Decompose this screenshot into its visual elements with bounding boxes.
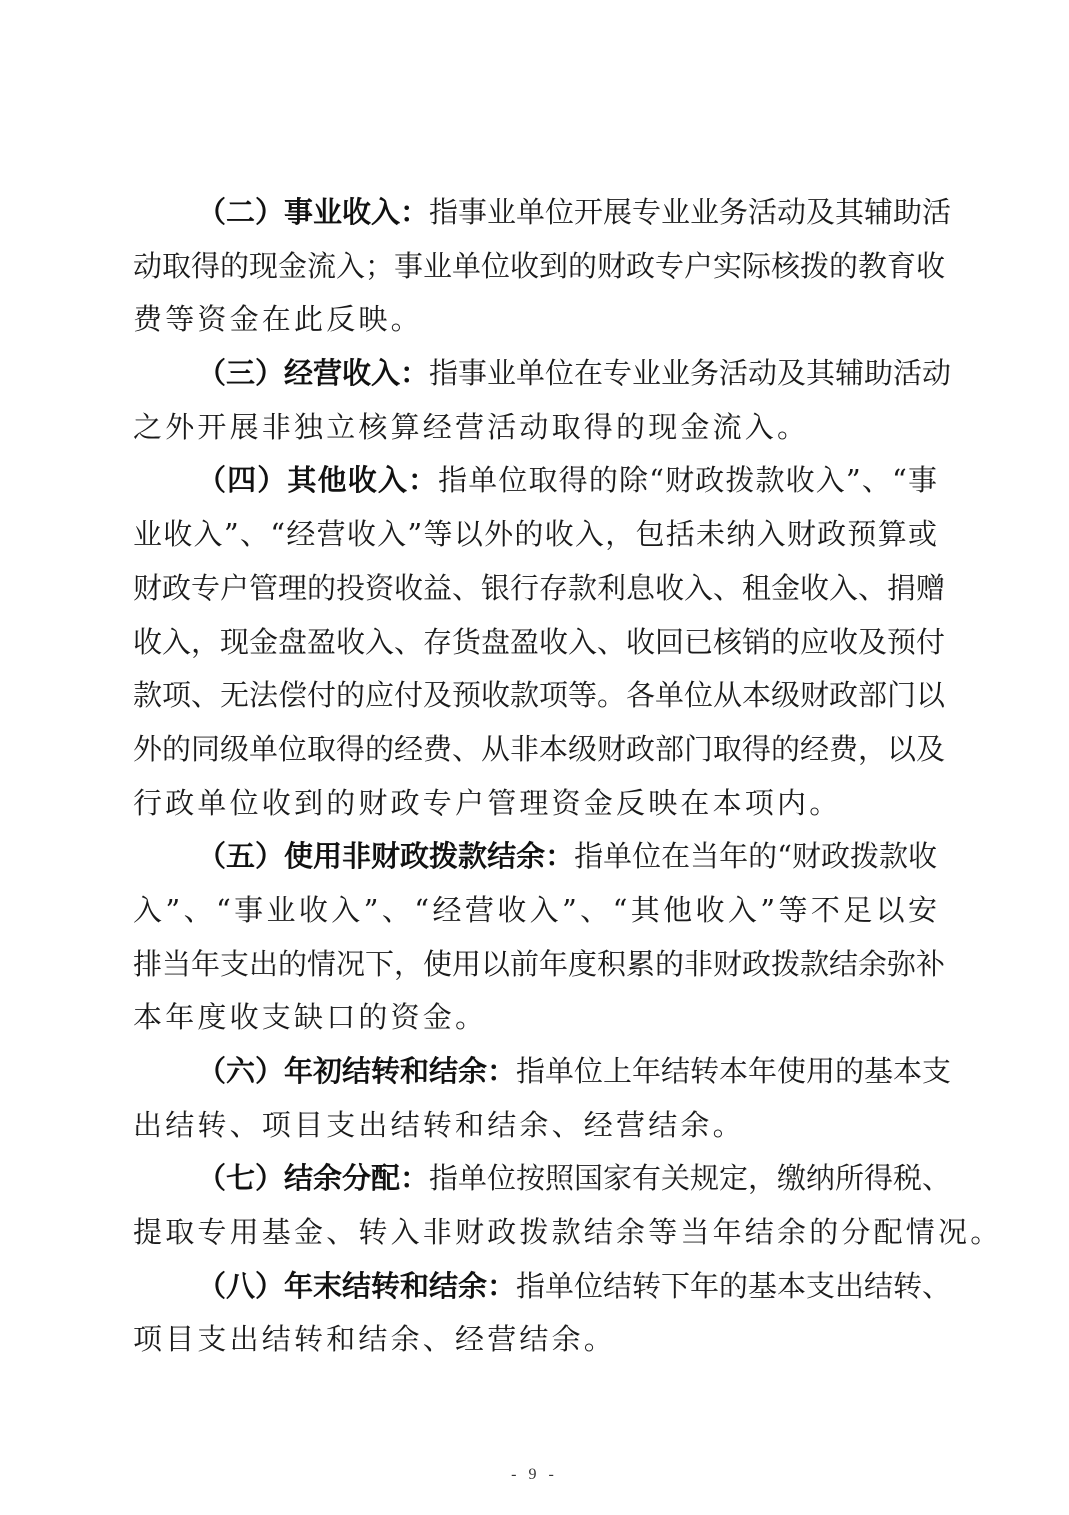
paragraph-other-income: （四）其他收入：指单位取得的除“财政拨款收入”、“事 业收入”、“经营收入”等以… [133,454,937,830]
paragraph-business-income: （二）事业收入：指事业单位开展专业业务活动及其辅助活 动取得的现金流入；事业单位… [133,186,937,347]
paragraph-line: 费等资金在此反映。 [133,293,937,347]
paragraph-line: 出结转、项目支出结转和结余、经营结余。 [133,1099,937,1153]
paragraph-heading: （二）事业收入： [197,195,429,229]
paragraph-line: 提取专用基金、转入非财政拨款结余等当年结余的分配情况。 [133,1206,937,1260]
paragraph-heading: （七）结余分配： [197,1161,429,1195]
paragraph-line: （六）年初结转和结余：指单位上年结转本年使用的基本支 [133,1045,937,1099]
paragraph-heading: （六）年初结转和结余： [197,1054,516,1088]
paragraph-opening-carryover: （六）年初结转和结余：指单位上年结转本年使用的基本支 出结转、项目支出结转和结余… [133,1045,937,1152]
paragraph-text: 指单位按照国家有关规定，缴纳所得税、 [429,1161,951,1195]
paragraph-heading: （五）使用非财政拨款结余： [197,839,574,873]
paragraph-line: 之外开展非独立核算经营活动取得的现金流入。 [133,401,937,455]
paragraph-heading: （四）其他收入： [197,463,438,497]
paragraph-line: （七）结余分配：指单位按照国家有关规定，缴纳所得税、 [133,1152,937,1206]
paragraph-heading: （八）年末结转和结余： [197,1269,516,1303]
paragraph-line: 本年度收支缺口的资金。 [133,991,937,1045]
paragraph-line: 财政专户管理的投资收益、银行存款利息收入、租金收入、捐赠 [133,562,937,616]
paragraph-line: 入”、“事业收入”、“经营收入”、“其他收入”等不足以安 [133,884,937,938]
paragraph-closing-carryover: （八）年末结转和结余：指单位结转下年的基本支出结转、 项目支出结转和结余、经营结… [133,1260,937,1367]
paragraph-line: （二）事业收入：指事业单位开展专业业务活动及其辅助活 [133,186,937,240]
paragraph-heading: （三）经营收入： [197,356,429,390]
paragraph-line: 排当年支出的情况下，使用以前年度积累的非财政拨款结余弥补 [133,938,937,992]
paragraph-line: （三）经营收入：指事业单位在专业业务活动及其辅助活动 [133,347,937,401]
paragraph-line: 业收入”、“经营收入”等以外的收入，包括未纳入财政预算或 [133,508,937,562]
page-number: - 9 - [0,1466,1069,1484]
document-page: （二）事业收入：指事业单位开展专业业务活动及其辅助活 动取得的现金流入；事业单位… [0,0,1069,1515]
paragraph-line: 行政单位收到的财政专户管理资金反映在本项内。 [133,777,937,831]
paragraph-line: （八）年末结转和结余：指单位结转下年的基本支出结转、 [133,1260,937,1314]
paragraph-operating-income: （三）经营收入：指事业单位在专业业务活动及其辅助活动 之外开展非独立核算经营活动… [133,347,937,454]
paragraph-text: 指事业单位开展专业业务活动及其辅助活 [429,195,951,229]
paragraph-line: 项目支出结转和结余、经营结余。 [133,1313,937,1367]
document-body: （二）事业收入：指事业单位开展专业业务活动及其辅助活 动取得的现金流入；事业单位… [133,186,937,1367]
paragraph-line: 款项、无法偿付的应付及预收款项等。各单位从本级财政部门以 [133,669,937,723]
paragraph-balance-distribution: （七）结余分配：指单位按照国家有关规定，缴纳所得税、 提取专用基金、转入非财政拨… [133,1152,937,1259]
paragraph-line: （四）其他收入：指单位取得的除“财政拨款收入”、“事 [133,454,937,508]
paragraph-line: 收入，现金盘盈收入、存货盘盈收入、收回已核销的应收及预付 [133,616,937,670]
paragraph-text: 指单位上年结转本年使用的基本支 [516,1054,951,1088]
paragraph-line: 外的同级单位取得的经费、从非本级财政部门取得的经费，以及 [133,723,937,777]
paragraph-text: 指单位结转下年的基本支出结转、 [516,1269,951,1303]
paragraph-text: 指事业单位在专业业务活动及其辅助活动 [429,356,951,390]
paragraph-non-fiscal-balance-use: （五）使用非财政拨款结余：指单位在当年的“财政拨款收 入”、“事业收入”、“经营… [133,830,937,1045]
paragraph-text: 指单位取得的除“财政拨款收入”、“事 [438,463,937,497]
paragraph-line: 动取得的现金流入；事业单位收到的财政专户实际核拨的教育收 [133,240,937,294]
paragraph-line: （五）使用非财政拨款结余：指单位在当年的“财政拨款收 [133,830,937,884]
paragraph-text: 指单位在当年的“财政拨款收 [574,839,937,873]
